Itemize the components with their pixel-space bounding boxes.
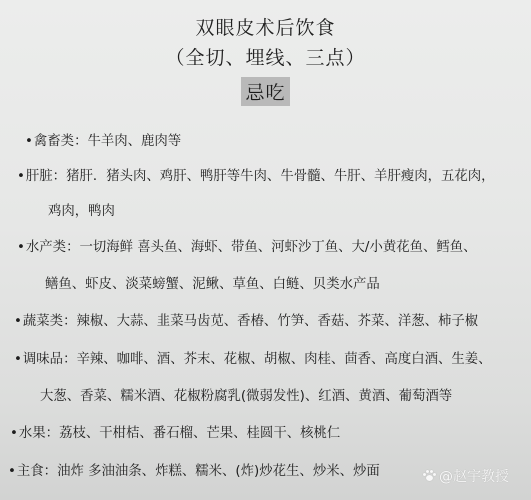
document-subtitle: （全切、埋线、三点）: [0, 43, 531, 70]
bullet-icon: •: [8, 464, 16, 479]
category-items: 荔枝、干柑桔、番石榴、芒果、桂圆干、核桃仁: [59, 426, 340, 441]
document-page: 双眼皮术后饮食 （全切、埋线、三点） 忌吃 •禽畜类：牛羊肉、鹿肉等 •肝脏：猪…: [0, 0, 531, 500]
bullet-icon: •: [17, 169, 25, 184]
avoid-tag: 忌吃: [241, 77, 289, 106]
section-seasonings: •调味品：辛辣、咖啡、酒、芥末、花椒、胡椒、肉桂、茴香、高度白酒、生姜、: [14, 348, 492, 367]
category-items: 猪肝．猪头肉、鸡肝、鸭肝等牛肉、牛骨髓、牛肝、羊肝瘦肉，五花肉，: [66, 169, 495, 184]
category-label: 蔬菜类：: [23, 314, 77, 329]
category-items: 牛羊肉、鹿肉等: [87, 134, 181, 149]
section-seafood: •水产类：一切海鲜 喜头鱼、海虾、带鱼、河虾沙丁鱼、大/小黄花鱼、鳕鱼、: [17, 236, 477, 255]
section-livestock: •禽畜类：牛羊肉、鹿肉等: [25, 130, 181, 149]
section-seasonings-continued: 大葱、香菜、糯米酒、花椒粉腐乳(微弱发性)、红酒、黄酒、葡萄酒等: [40, 385, 452, 404]
category-label: 主食：: [17, 464, 57, 479]
category-items: 辣椒、大蒜、韭菜马齿苋、香椿、竹笋、香菇、芥菜、洋葱、柿子椒: [76, 314, 478, 329]
category-items: 油炸 多油油条、炸糕、糯米、(炸)炒花生、炒米、炒面: [57, 464, 380, 479]
category-items: 辛辣、咖啡、酒、芥末、花椒、胡椒、肉桂、茴香、高度白酒、生姜、: [76, 352, 491, 367]
document-title: 双眼皮术后饮食: [0, 13, 531, 40]
category-items: 一切海鲜 喜头鱼、海虾、带鱼、河虾沙丁鱼、大/小黄花鱼、鳕鱼、: [79, 240, 476, 255]
section-fruit: •水果：荔枝、干柑桔、番石榴、芒果、桂圆干、核桃仁: [10, 422, 340, 441]
category-label: 调味品：: [23, 352, 77, 367]
bullet-icon: •: [14, 314, 22, 329]
bullet-icon: •: [14, 352, 22, 367]
bullet-icon: •: [10, 426, 18, 441]
section-liver-continued: 鸡肉，鸭肉: [48, 200, 115, 219]
bullet-icon: •: [25, 134, 33, 149]
category-label: 禽畜类：: [34, 134, 88, 149]
bullet-icon: •: [17, 240, 25, 255]
paw-icon: [423, 470, 436, 482]
watermark-text: @赵宇教授: [439, 469, 509, 485]
category-label: 水产类：: [26, 240, 80, 255]
section-staples: •主食：油炸 多油油条、炸糕、糯米、(炸)炒花生、炒米、炒面: [8, 460, 380, 479]
category-label: 肝脏：: [26, 169, 66, 184]
section-vegetables: •蔬菜类：辣椒、大蒜、韭菜马齿苋、香椿、竹笋、香菇、芥菜、洋葱、柿子椒: [14, 310, 478, 329]
category-label: 水果：: [19, 426, 59, 441]
watermark: @赵宇教授: [423, 466, 509, 486]
section-liver: •肝脏：猪肝．猪头肉、鸡肝、鸭肝等牛肉、牛骨髓、牛肝、羊肝瘦肉，五花肉，: [17, 165, 495, 184]
section-seafood-continued: 鳝鱼、虾皮、淡菜螃蟹、泥鳅、草鱼、白鲢、贝类水产品: [45, 273, 380, 292]
